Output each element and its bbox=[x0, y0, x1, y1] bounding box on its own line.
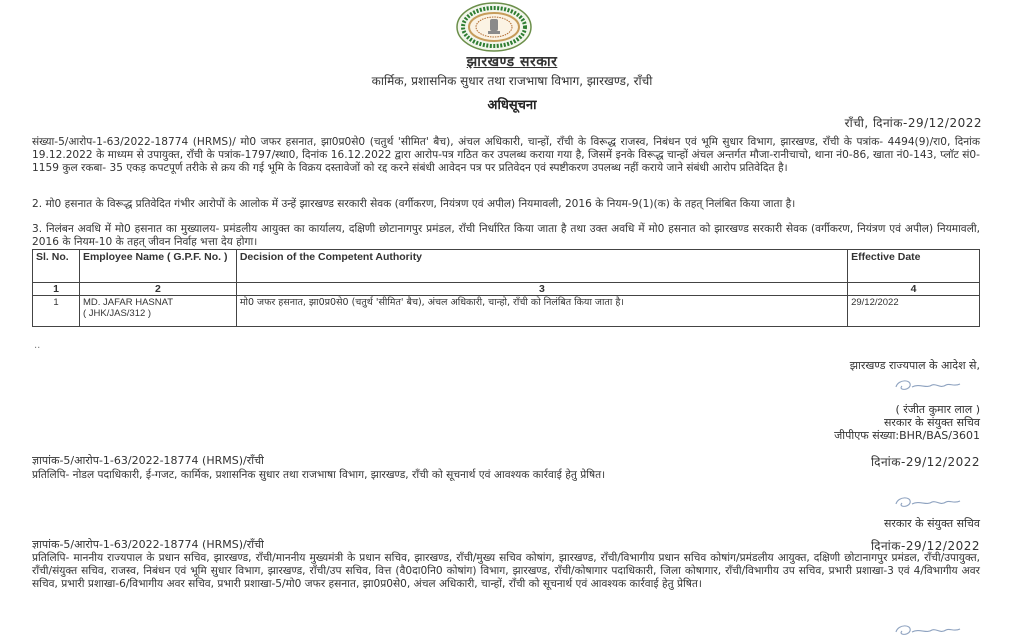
header-sl-no: Sl. No. bbox=[33, 250, 80, 283]
header-decision: Decision of the Competent Authority bbox=[236, 250, 847, 283]
cell-decision: मो0 जफर हसनात, झा0प्र0से0 (चतुर्थ 'सीमित… bbox=[236, 296, 847, 327]
paragraph-1: संख्या-5/आरोप-1-63/2022-18774 (HRMS)/ मो… bbox=[32, 136, 980, 175]
memo-2-ref: ज्ञापांक-5/आरोप-1-63/2022-18774 (HRMS)/र… bbox=[32, 537, 264, 552]
government-emblem-icon bbox=[455, 2, 533, 52]
signature-icon bbox=[892, 377, 962, 393]
paragraph-2: 2. मो0 हसनात के विरूद्ध प्रतिवेदित गंभीर… bbox=[32, 198, 980, 211]
department-name: कार्मिक, प्रशासनिक सुधार तथा राजभाषा विभ… bbox=[0, 72, 1024, 89]
column-number: 4 bbox=[848, 283, 980, 296]
signatory-name: ( रंजीत कुमार लाल ) bbox=[834, 403, 980, 416]
memo-1-designation: सरकार के संयुक्त सचिव bbox=[884, 516, 980, 531]
decision-table: Sl. No. Employee Name ( G.P.F. No. ) Dec… bbox=[32, 249, 980, 327]
signatory-designation: सरकार के संयुक्त सचिव bbox=[834, 416, 980, 429]
column-number-row: 1 2 3 4 bbox=[33, 283, 980, 296]
memo-2-copy-to: प्रतिलिपि- माननीय राज्यपाल के प्रधान सचि… bbox=[32, 552, 980, 591]
header-employee-name: Employee Name ( G.P.F. No. ) bbox=[79, 250, 236, 283]
table-row: 1 MD. JAFAR HASNAT ( JHK/JAS/312 ) मो0 ज… bbox=[33, 296, 980, 327]
memo-1-copy-to: प्रतिलिपि- नोडल पदाधिकारी, ई-गजट, कार्मि… bbox=[32, 469, 980, 482]
employee-name: MD. JAFAR HASNAT bbox=[83, 297, 233, 308]
place-date: राँची, दिनांक-29/12/2022 bbox=[845, 114, 982, 131]
governor-order-line: झारखण्ड राज्यपाल के आदेश से, bbox=[850, 358, 980, 373]
memo-1-date: दिनांक-29/12/2022 bbox=[871, 453, 980, 470]
cell-sl-no: 1 bbox=[33, 296, 80, 327]
cell-effective-date: 29/12/2022 bbox=[848, 296, 980, 327]
memo-1-ref: ज्ञापांक-5/आरोप-1-63/2022-18774 (HRMS)/र… bbox=[32, 453, 264, 468]
government-name: झारखण्ड सरकार bbox=[0, 52, 1024, 71]
column-number: 3 bbox=[236, 283, 847, 296]
column-number: 2 bbox=[79, 283, 236, 296]
gpf-number: ( JHK/JAS/312 ) bbox=[83, 308, 233, 319]
trailing-mark: .. bbox=[34, 340, 40, 351]
signature-icon bbox=[892, 622, 962, 638]
signatory-block: ( रंजीत कुमार लाल ) सरकार के संयुक्त सचि… bbox=[834, 403, 980, 442]
cell-employee: MD. JAFAR HASNAT ( JHK/JAS/312 ) bbox=[79, 296, 236, 327]
header-effective-date: Effective Date bbox=[848, 250, 980, 283]
signatory-gpf: जीपीएफ संख्या:BHR/BAS/3601 bbox=[834, 429, 980, 442]
signature-icon bbox=[892, 494, 962, 510]
paragraph-3: 3. निलंबन अवधि में मो0 हसनात का मुख्यालय… bbox=[32, 223, 980, 249]
table-header-row: Sl. No. Employee Name ( G.P.F. No. ) Dec… bbox=[33, 250, 980, 283]
document-title: अधिसूचना bbox=[0, 95, 1024, 113]
column-number: 1 bbox=[33, 283, 80, 296]
